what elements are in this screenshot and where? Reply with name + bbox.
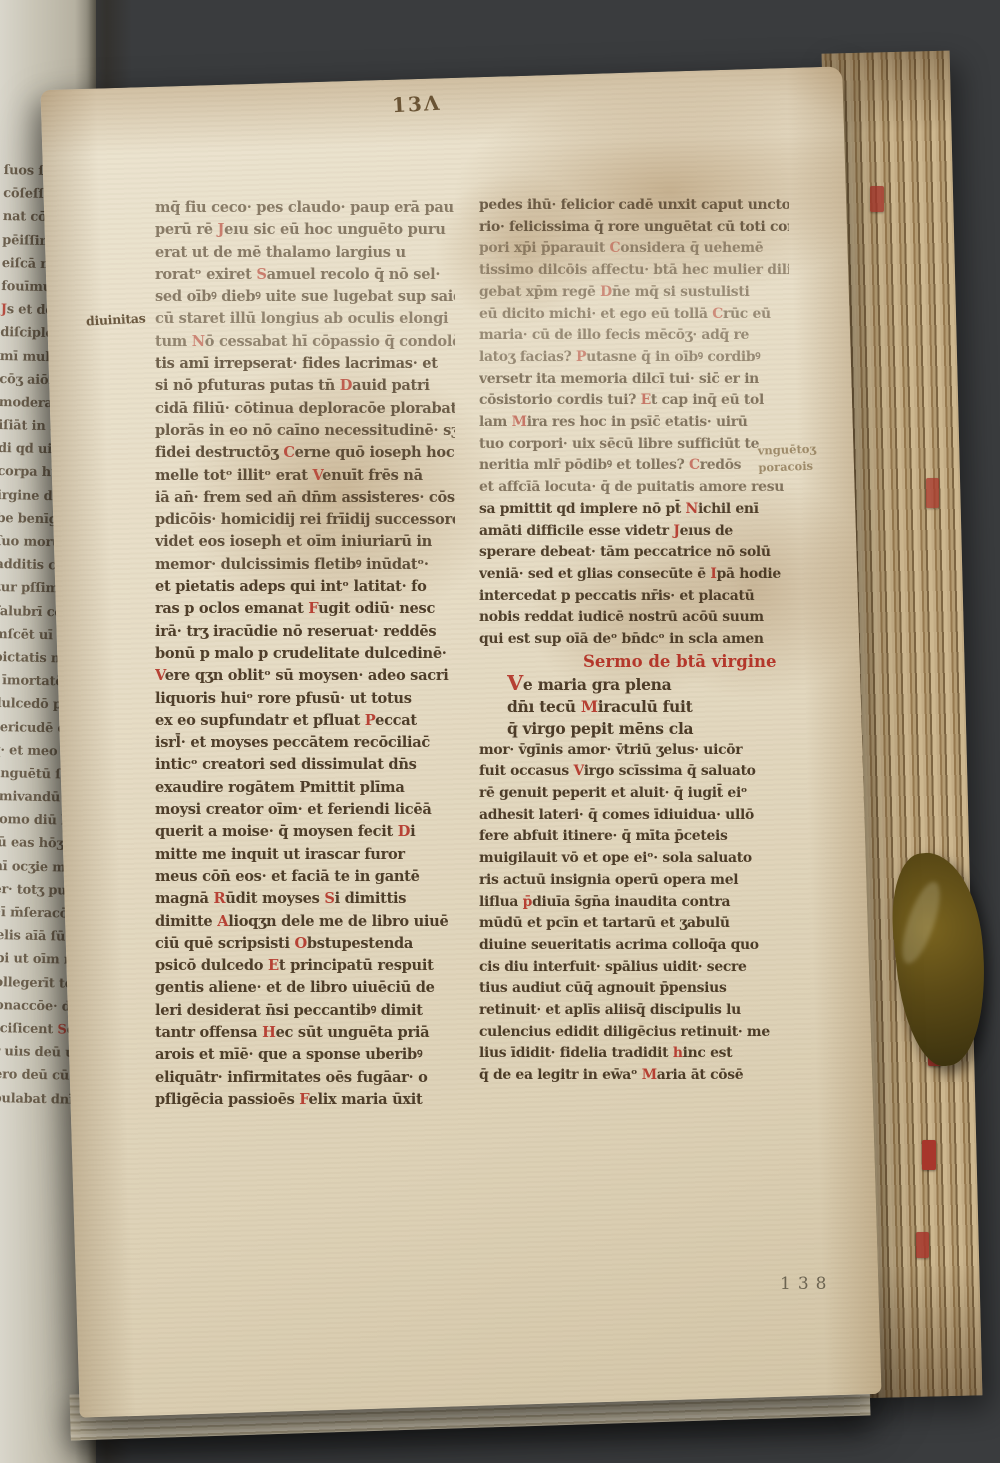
manuscript-line: psicō dulcedo Et principatū respuit: [155, 955, 455, 977]
manuscript-line: q̄ de ea legitr in ew̄aᵒ Maria āt cōsē: [479, 1065, 789, 1087]
manuscript-line: ciū quē scripsisti Obstupestenda: [155, 933, 455, 955]
sermon-rubric: Sermo de btā virgine: [479, 651, 789, 673]
manuscript-line: veniā· sed et glias consecūte ē Ipā hodi…: [479, 564, 789, 586]
manuscript-line: neritia mlr̄ pōdibꝰ et tolles? Credōs: [479, 455, 789, 477]
manuscript-line: amāti difficile esse videtr Jeıus de: [479, 521, 789, 543]
right-column-lines-after-rubric: mor· v̄gīnis amor· v̄triū ʒelus· uicōrfu…: [479, 740, 789, 1087]
manuscript-line: bonū p malo p crudelitate dulcedinē·: [155, 643, 455, 665]
manuscript-line: memor· dulcissimis fletibꝰ inūdatᵒ·: [155, 554, 455, 576]
manuscript-line: rio· felicissima q̄ rore unguētat cū tot…: [479, 217, 789, 239]
folio-mark: 13Λ: [391, 91, 442, 118]
manuscript-line: cū staret illū longius ab oculis elongi: [155, 308, 455, 330]
manuscript-line: lam Mira res hoc in psīc̄ etatis· uirū: [479, 412, 789, 434]
manuscript-line: rē genuit peperit et aluit· q̄ iugit̄ ei…: [479, 783, 789, 805]
manuscript-line: querit a moise· q̄ moysen fecit Di: [155, 821, 455, 843]
manuscript-line: liflua p̄diuīa s̄gn̄a inaudita contra: [479, 892, 789, 914]
manuscript-line: gentis aliene· et de libro uiuēciū de: [155, 977, 455, 999]
manuscript-line: muigilauit vō et ope eiᵒ· sola saluato: [479, 848, 789, 870]
manuscript-line: cōsistorio cordis tui? Et cap inq̄ eū to…: [479, 390, 789, 412]
manuscript-line: fere abfuit itinere· q̄ mīta p̄ceteis: [479, 826, 789, 848]
red-bookmark-tab: [922, 1140, 936, 1170]
manuscript-line: meus cōn̄ eos· et faciā te in gantē: [155, 866, 455, 888]
manuscript-line: et affcīā locuta· q̄ de puitatis amore r…: [479, 477, 789, 499]
manuscript-line: Vere qʒn oblitᵒ sū moysen· adeo sacri: [155, 665, 455, 687]
manuscript-line: roratᵒ exiret Samuel recolo q̄ nō sel·: [155, 264, 455, 286]
manuscript-line: si nō pfuturas putas tn̄ Dauid patri: [155, 375, 455, 397]
manuscript-line: retinuit· et aplīs aliisq̄ discipulis lu: [479, 1000, 789, 1022]
manuscript-line: sed oībꝰ diebꝰ uite sue lugebat sup said: [155, 286, 455, 308]
manuscript-line: nobis reddat iudicē nostrū acōū suum: [479, 607, 789, 629]
manuscript-line: tuo corpori· uix sēcū libre sufficiūt te: [479, 434, 789, 456]
stamped-page-number: 138: [780, 1274, 833, 1294]
manuscript-line: eliquātr· infirmitates oēs fugāar· o: [155, 1067, 455, 1089]
manuscript-line: melle totᵒ illitᵒ erat Venuīt frēs nā: [155, 465, 455, 487]
right-column-lines-before-rubric: pedes ihū· felicior cadē unxit caput unc…: [479, 195, 789, 651]
manuscript-line: pfligēcia passioēs Felix maria ūxit: [155, 1089, 455, 1111]
manuscript-line: qui est sup oīā deᵒ bn̄dcᵒ in scla amen: [479, 629, 789, 651]
manuscript-line: versetr ita memoria dilcī tui· sic̄ er i…: [479, 369, 789, 391]
manuscript-line: magnā Rūdit moyses Si dimittis: [155, 888, 455, 910]
manuscript-line: dimitte Alioqʒn dele me de libro uiuē: [155, 911, 455, 933]
manuscript-line: ras p oclos emanat Fugit odiū· nesc: [155, 598, 455, 620]
manuscript-line: q̄ virgo pepit mēns cla: [507, 718, 789, 740]
manuscript-line: latoʒ facias? Putasne q̄ in oībꝰ cordibꝰ: [479, 347, 789, 369]
manuscript-line: sa pmittit qd implere nō pt̄ Nichil enī: [479, 499, 789, 521]
text-column-left: mq̄ fiu ceco· pes claudo· paup erā paupe…: [155, 197, 455, 1111]
manuscript-line: erat ut de mē thalamo largius u: [155, 242, 455, 264]
manuscript-line: arois et mīē· que a sponse uberibꝰ: [155, 1044, 455, 1066]
manuscript-line: iā an̄· frem sed an̄ dn̄m assisteres· cō…: [155, 487, 455, 509]
manuscript-line: Ve maria gra plena: [507, 672, 789, 696]
manuscript-line: intercedat p peccatis nr̄is· et placatū: [479, 586, 789, 608]
manuscript-line: ris actuū insignia operū opera mel: [479, 870, 789, 892]
manuscript-line: ex eo supfundatr et pfluat Peccat: [155, 710, 455, 732]
manuscript-line: leri desiderat n̄si peccantibꝰ dimit: [155, 1000, 455, 1022]
manuscript-line: pdicōis· homicidij rei frīidij successor…: [155, 509, 455, 531]
manuscript-line: tum Nō cessabat hī cōpassio q̄ condolē: [155, 331, 455, 353]
manuscript-line: tius audiut cūq̄ agnouit p̄pensius: [479, 978, 789, 1000]
manuscript-line: inticᵒ creatori sed dissimulat dn̄s: [155, 754, 455, 776]
red-bookmark-tab: [916, 1232, 929, 1258]
manuscript-line: mūdū et pcīn et tartarū et ʒabulū: [479, 913, 789, 935]
manuscript-line: exaudire rogātem Pmittit plīma: [155, 777, 455, 799]
manuscript-line: irā· trʒ iracūdie nō reseruat· reddēs: [155, 621, 455, 643]
manuscript-line: tis amī irrepserat· fides lacrimas· et: [155, 353, 455, 375]
sermon-incipit-lines: Ve maria gra plenadn̄ı tecū Miraculū fui…: [479, 672, 789, 739]
manuscript-line: eū dicito michi· et ego eū tollā Crūc eū: [479, 304, 789, 326]
red-bookmark-tab: [926, 478, 939, 508]
manuscript-line: mq̄ fiu ceco· pes claudo· paup erā pau: [155, 197, 455, 219]
manuscript-line: tissimo dilcōis affectu· btā hec mulier …: [479, 260, 789, 282]
manuscript-line: mitte me inquit ut irascar furor: [155, 844, 455, 866]
manuscript-line: gebat xp̄m regē Dn̄e mq̄ si sustulisti: [479, 282, 789, 304]
manuscript-line: cis diu interfuit· spālius uidit· secre: [479, 957, 789, 979]
manuscript-line: adhesit lateri· q̄ comes īdiuidua· ullō: [479, 805, 789, 827]
manuscript-photo: ſuos ſup ipʒcōſeſſiōa urbēnat cōplia eſt…: [0, 0, 1000, 1463]
manuscript-line: et pietatis adeps qui intᵒ latitat· fo: [155, 576, 455, 598]
left-column-lines: mq̄ fiu ceco· pes claudo· paup erā paupe…: [155, 197, 455, 1111]
manuscript-line: mor· v̄gīnis amor· v̄triū ʒelus· uicōr: [479, 740, 789, 762]
manuscript-line: videt eos ioseph et oīm iniuriarū in: [155, 531, 455, 553]
manuscript-line: perū rē Jeıu sic eū hoc unguēto puru: [155, 219, 455, 241]
manuscript-line: liquoris huiᵒ rore pfusū· ut totus: [155, 688, 455, 710]
text-column-right: pedes ihū· felicior cadē unxit caput unc…: [479, 195, 789, 1087]
manuscript-line: tantr offensa Hec sūt unguēta priā: [155, 1022, 455, 1044]
manuscript-line: plorās in eo nō caīno necessitudinē· sʒ: [155, 420, 455, 442]
left-margin-gloss: diuinitas: [86, 310, 146, 328]
manuscript-line: sperare debeat· tām peccatrice nō solū: [479, 542, 789, 564]
manuscript-line: dn̄ı tecū Miraculū fuit: [507, 696, 789, 718]
red-bookmark-tab: [870, 186, 884, 212]
manuscript-line: culencius edidit diligēcius retinuit· me: [479, 1022, 789, 1044]
manuscript-line: isrl̄· et moyses peccātem recōciliac̄: [155, 732, 455, 754]
manuscript-line: pori xp̄i p̄parauit Considera q̄ uehemē: [479, 238, 789, 260]
manuscript-line: fidei destructōʒ Cerne quō ioseph hoc: [155, 442, 455, 464]
manuscript-line: pedes ihū· felicior cadē unxit caput unc…: [479, 195, 789, 217]
manuscript-line: cidā filiū· cōtinua deploracōe plorabat·: [155, 398, 455, 420]
manuscript-line: lius īdidit· fidelia tradidit hinc est: [479, 1043, 789, 1065]
manuscript-line: diuine seueritatis acrima colloq̄a quo: [479, 935, 789, 957]
manuscript-line: fuit occasus Virgo scīssima q̄ saluato: [479, 761, 789, 783]
manuscript-line: moysi creator oīm· et feriendi licēā: [155, 799, 455, 821]
manuscript-line: maria· cū de illo fecis mēcōʒ· adq̄ re: [479, 325, 789, 347]
